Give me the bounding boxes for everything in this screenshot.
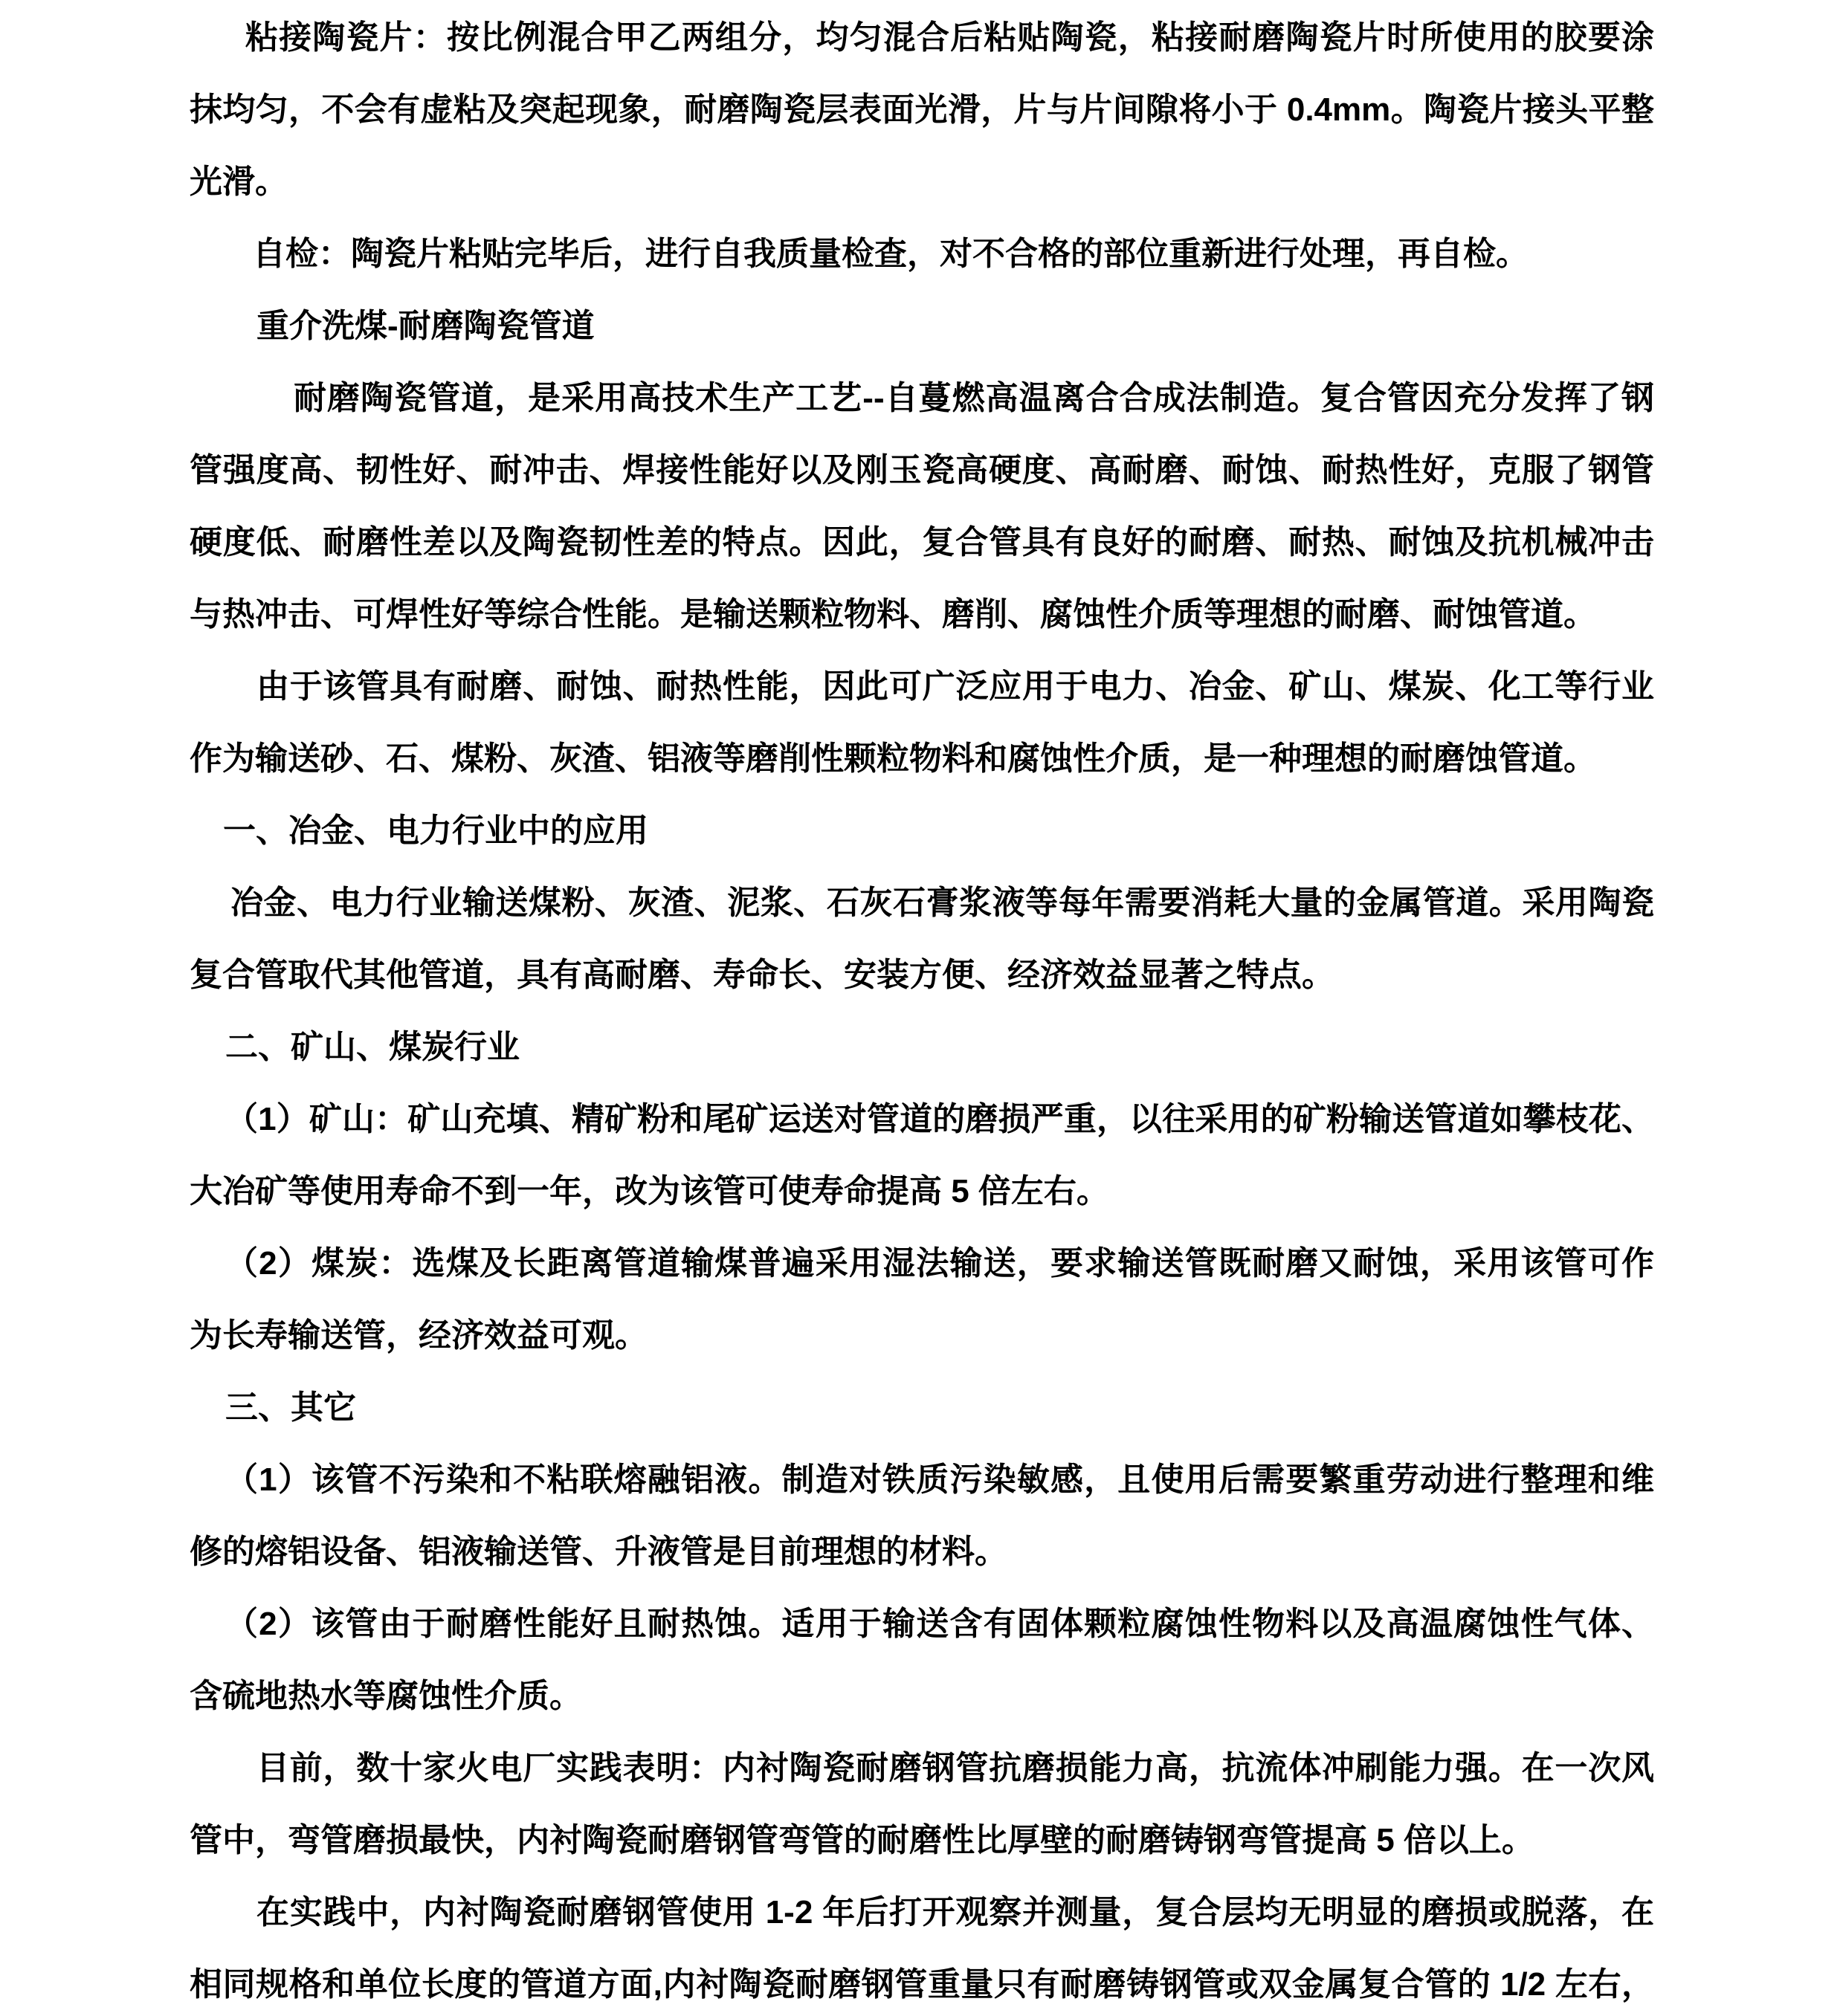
text-line: 管中，弯管磨损最快，内衬陶瓷耐磨钢管弯管的耐磨性比厚壁的耐磨铸钢弯管提高 5 倍… (190, 1804, 1654, 1876)
text-line: 相同规格和单位长度的管道方面,内衬陶瓷耐磨钢管重量只有耐磨铸钢管或双金属复合管的… (190, 1948, 1654, 2016)
text-line: 硬度低、耐磨性差以及陶瓷韧性差的特点。因此，复合管具有良好的耐磨、耐热、耐蚀及抗… (190, 506, 1654, 578)
text-line: 抹均匀，不会有虚粘及突起现象，耐磨陶瓷层表面光滑，片与片间隙将小于 0.4mm。… (190, 74, 1654, 146)
text-line: 耐磨陶瓷管道，是采用高技术生产工艺--自蔓燃高温离合合成法制造。复合管因充分发挥… (190, 362, 1654, 434)
document-text-body: 粘接陶瓷片：按比例混合甲乙两组分，均匀混合后粘贴陶瓷，粘接耐磨陶瓷片时所使用的胶… (190, 1, 1654, 2016)
text-line: 大冶矿等使用寿命不到一年，改为该管可使寿命提高 5 倍左右。 (190, 1155, 1654, 1227)
text-line: （1）该管不污染和不粘联熔融铝液。制造对铁质污染敏感，且使用后需要繁重劳动进行整… (190, 1444, 1654, 1516)
text-line: （1）矿山：矿山充填、精矿粉和尾矿运送对管道的磨损严重，以往采用的矿粉输送管道如… (190, 1083, 1654, 1155)
text-line: 粘接陶瓷片：按比例混合甲乙两组分，均匀混合后粘贴陶瓷，粘接耐磨陶瓷片时所使用的胶… (190, 1, 1654, 74)
text-line: 管强度高、韧性好、耐冲击、焊接性能好以及刚玉瓷高硬度、高耐磨、耐蚀、耐热性好，克… (190, 434, 1654, 506)
text-line: 冶金、电力行业输送煤粉、灰渣、泥浆、石灰石膏浆液等每年需要消耗大量的金属管道。采… (190, 867, 1654, 939)
text-line: （2）该管由于耐磨性能好且耐热蚀。适用于输送含有固体颗粒腐蚀性物料以及高温腐蚀性… (190, 1588, 1654, 1660)
text-line: 为长寿输送管，经济效益可观。 (190, 1299, 1654, 1372)
text-line: 修的熔铝设备、铝液输送管、升液管是目前理想的材料。 (190, 1516, 1654, 1588)
text-line: （2）煤炭：选煤及长距离管道输煤普遍采用湿法输送，要求输送管既耐磨又耐蚀，采用该… (190, 1227, 1654, 1299)
text-line: 与热冲击、可焊性好等综合性能。是输送颗粒物料、磨削、腐蚀性介质等理想的耐磨、耐蚀… (190, 578, 1654, 650)
text-line: 复合管取代其他管道，具有高耐磨、寿命长、安装方便、经济效益显著之特点。 (190, 939, 1654, 1011)
text-line: 含硫地热水等腐蚀性介质。 (190, 1660, 1654, 1732)
text-line: 光滑。 (190, 146, 1654, 218)
text-line: 三、其它 (190, 1372, 1654, 1444)
text-line: 在实践中，内衬陶瓷耐磨钢管使用 1-2 年后打开观察并测量，复合层均无明显的磨损… (190, 1876, 1654, 1948)
document-page: 粘接陶瓷片：按比例混合甲乙两组分，均匀混合后粘贴陶瓷，粘接耐磨陶瓷片时所使用的胶… (0, 0, 1843, 2016)
text-line: 二、矿山、煤炭行业 (190, 1011, 1654, 1083)
text-line: 目前，数十家火电厂实践表明：内衬陶瓷耐磨钢管抗磨损能力高，抗流体冲刷能力强。在一… (190, 1732, 1654, 1804)
text-line: 重介洗煤-耐磨陶瓷管道 (190, 290, 1654, 362)
text-line: 一、冶金、电力行业中的应用 (190, 795, 1654, 867)
text-line: 自检：陶瓷片粘贴完毕后，进行自我质量检查，对不合格的部位重新进行处理，再自检。 (190, 218, 1654, 290)
text-line: 由于该管具有耐磨、耐蚀、耐热性能，因此可广泛应用于电力、冶金、矿山、煤炭、化工等… (190, 650, 1654, 723)
text-line: 作为输送砂、石、煤粉、灰渣、铝液等磨削性颗粒物料和腐蚀性介质，是一种理想的耐磨蚀… (190, 723, 1654, 795)
